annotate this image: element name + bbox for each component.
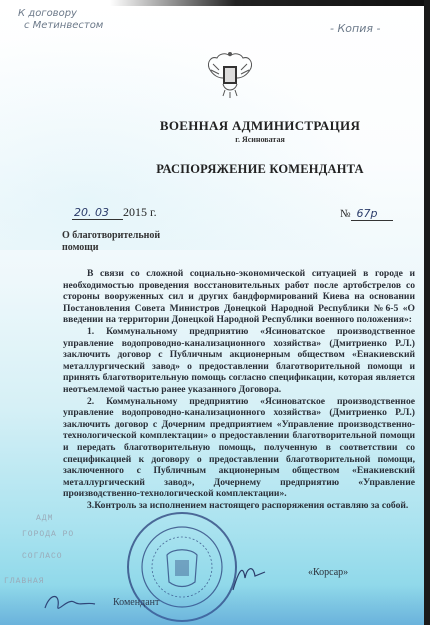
signature-right-icon	[225, 560, 270, 595]
faint-stamp-4: ГЛАВНАЯ	[4, 577, 45, 586]
faint-stamp-1: АДМ	[36, 514, 53, 523]
date-year: 2015 г.	[123, 205, 157, 219]
document-subject: О благотворительной помощи	[62, 230, 182, 254]
subject-line2: помощи	[62, 242, 182, 254]
document-date: 20. 032015 г.	[72, 205, 157, 220]
subject-line1: О благотворительной	[62, 230, 182, 242]
handwritten-note-line2: с Метинвестом	[24, 20, 103, 31]
handwritten-note-line1: К договору	[18, 8, 77, 19]
coat-of-arms-icon	[205, 48, 255, 100]
signer-name: «Корсар»	[308, 567, 348, 578]
city-name: г. Ясиноватая	[140, 135, 380, 144]
scan-edge-shadow	[110, 0, 424, 6]
document-page: К договору с Метинвестом - Копия - ВОЕНН…	[0, 0, 424, 625]
faint-stamp-2: ГОРОДА РО	[22, 530, 74, 539]
number-value: 67р	[351, 207, 394, 221]
signature-left-icon	[40, 588, 100, 618]
signer-title: Комендант	[113, 597, 159, 608]
body-item-1: 1. Коммунальному предприятию «Ясиноватск…	[63, 326, 415, 396]
number-prefix: №	[340, 208, 351, 220]
document-body: В связи со сложной социально-экономическ…	[63, 268, 415, 511]
date-day-month: 20. 03	[72, 206, 123, 220]
handwritten-copy-mark: - Копия -	[330, 22, 380, 35]
document-type: РАСПОРЯЖЕНИЕ КОМЕНДАНТА	[110, 162, 410, 177]
body-item-2: 2. Коммунальному предприятию «Ясиноватск…	[63, 396, 415, 500]
document-number: №67р	[340, 207, 393, 220]
body-intro: В связи со сложной социально-экономическ…	[63, 268, 415, 326]
faint-stamp-3: СОГЛАСО	[22, 552, 63, 561]
official-stamp-icon	[125, 510, 240, 625]
org-title: ВОЕННАЯ АДМИНИСТРАЦИЯ	[140, 118, 380, 134]
